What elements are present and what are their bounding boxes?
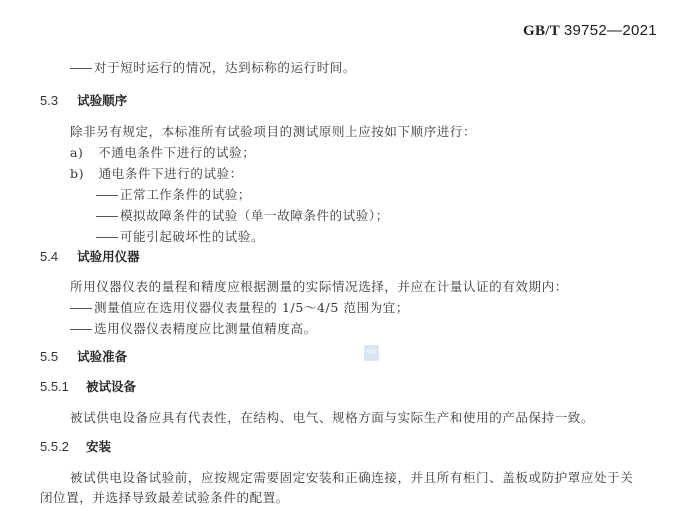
- standard-code: GB/T 39752—2021: [523, 22, 657, 40]
- standard-prefix: GB/T: [523, 23, 560, 39]
- standard-number: 39752—2021: [564, 22, 657, 39]
- section-number: 5.3: [40, 93, 58, 108]
- dash-mark: [96, 195, 118, 196]
- list-text: 通电条件下进行的试验：: [99, 166, 243, 181]
- section-heading-5-5-1: 5.5.1 被试设备: [40, 376, 136, 395]
- section-5-5-2-paragraph-line1: 被试供电设备试验前，应按规定需要固定安装和正确连接，并且所有柜门、盖板或防护罩应…: [70, 468, 633, 486]
- dash-mark: [96, 216, 118, 217]
- sublist-item: 正常工作条件的试验；: [96, 185, 251, 203]
- section-5-5-1-paragraph: 被试供电设备应具有代表性，在结构、电气、规格方面与实际生产和使用的产品保持一致。: [70, 408, 594, 426]
- section-heading-5-5: 5.5 试验准备: [40, 346, 127, 365]
- section-title: 试验顺序: [77, 93, 127, 108]
- section-number: 5.5.1: [40, 379, 69, 394]
- section-5-4-paragraph: 所用仪器仪表的量程和精度应根据测量的实际情况选择，并应在计量认证的有效期内：: [70, 277, 568, 295]
- list-item-a: a) 不通电条件下进行的试验；: [70, 143, 255, 161]
- dash-mark: [96, 237, 118, 238]
- section-number: 5.4: [40, 249, 58, 264]
- dash-mark: [70, 329, 92, 330]
- sublist-item: 可能引起破坏性的试验。: [96, 227, 264, 245]
- section-number: 5.5.2: [40, 439, 69, 454]
- dash-mark: [70, 308, 92, 309]
- list-marker: b): [70, 166, 84, 181]
- section-heading-5-5-2: 5.5.2 安装: [40, 436, 111, 455]
- section-heading-5-4: 5.4 试验用仪器: [40, 246, 140, 265]
- section-title: 被试设备: [86, 379, 136, 394]
- section-title: 试验用仪器: [77, 249, 140, 264]
- section-5-5-2-paragraph-line2: 闭位置，并选择导致最差试验条件的配置。: [40, 488, 289, 506]
- list-item-b: b) 通电条件下进行的试验：: [70, 164, 243, 182]
- section-5-3-paragraph: 除非另有规定，本标准所有试验项目的测试原则上应按如下顺序进行：: [70, 122, 476, 140]
- dash-item: 测量值应在选用仪器仪表量程的 1/5～4/5 范围为宜；: [70, 298, 409, 316]
- section-title: 安装: [86, 439, 111, 454]
- dash-mark: [70, 68, 92, 69]
- list-text: 不通电条件下进行的试验；: [98, 145, 255, 160]
- dash-item: 选用仪器仪表精度应比测量值精度高。: [70, 319, 317, 337]
- section-number: 5.5: [40, 349, 58, 364]
- list-marker: a): [70, 145, 84, 160]
- intro-dash-item: 对于短时运行的情况，达到标称的运行时间。: [70, 58, 356, 76]
- section-heading-5-3: 5.3 试验顺序: [40, 90, 127, 109]
- section-title: 试验准备: [77, 349, 127, 364]
- sublist-item: 模拟故障条件的试验（单一故障条件的试验）；: [96, 206, 389, 224]
- sac-watermark-icon: SAC: [364, 345, 379, 361]
